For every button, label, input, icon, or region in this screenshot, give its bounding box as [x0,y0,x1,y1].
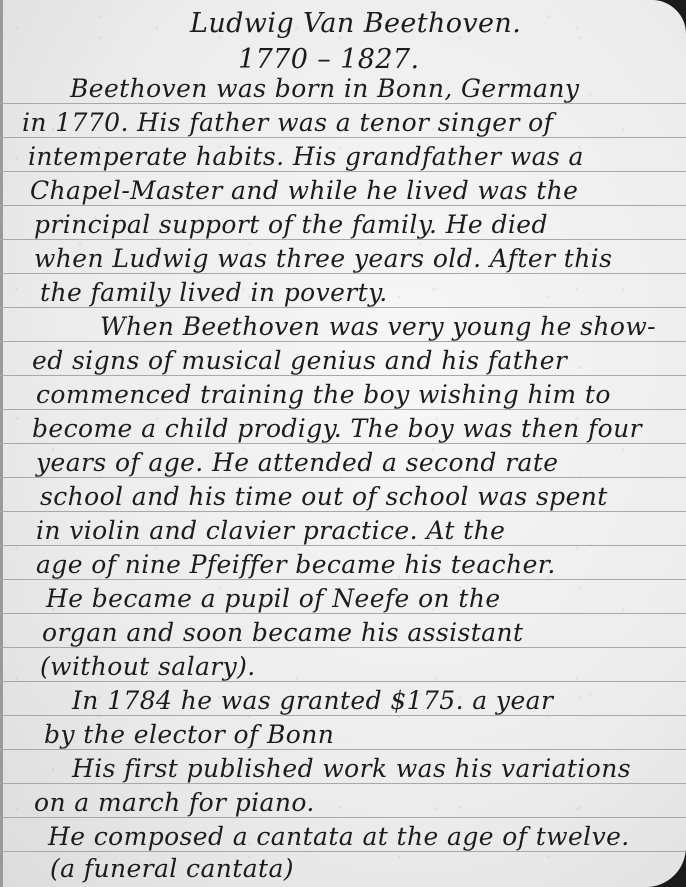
text-line: When Beethoven was very young he show- [100,312,656,341]
ruled-line [0,103,686,104]
text-line: by the elector of Bonn [44,720,334,749]
ruled-line [0,613,686,614]
ruled-line [0,205,686,206]
text-line: on a march for piano. [34,788,315,817]
ruled-line [0,375,686,376]
text-line: (without salary). [40,652,256,681]
text-line: He composed a cantata at the age of twel… [48,822,630,851]
ruled-line [0,715,686,716]
page-title: Ludwig Van Beethoven. [190,8,521,39]
ruled-line [0,681,686,682]
ruled-line [0,137,686,138]
text-line: age of nine Pfeiffer became his teacher. [36,550,556,579]
ruled-line [0,341,686,342]
text-line: (a funeral cantata) [50,854,294,883]
ruled-line [0,511,686,512]
ruled-line [0,273,686,274]
ruled-line [0,851,686,852]
ruled-line [0,443,686,444]
notebook-page: Ludwig Van Beethoven. 1770 – 1827. Beeth… [0,0,686,887]
ruled-line [0,579,686,580]
ruled-line [0,409,686,410]
ruled-line [0,171,686,172]
text-line: when Ludwig was three years old. After t… [34,244,612,273]
ruled-line [0,477,686,478]
text-line: ed signs of musical genius and his fathe… [32,346,567,375]
text-line: In 1784 he was granted $175. a year [72,686,553,715]
ruled-line [0,239,686,240]
text-line: Beethoven was born in Bonn, Germany [70,74,579,103]
page-dates: 1770 – 1827. [238,44,419,75]
text-line: organ and soon became his assistant [42,618,523,647]
ruled-line [0,783,686,784]
text-line: His first published work was his variati… [72,754,631,783]
text-line: intemperate habits. His grandfather was … [28,142,584,171]
text-line: become a child prodigy. The boy was then… [32,414,642,443]
text-line: in 1770. His father was a tenor singer o… [22,108,553,137]
ruled-line [0,749,686,750]
text-line: He became a pupil of Neefe on the [46,584,501,613]
ruled-line [0,307,686,308]
ruled-line [0,817,686,818]
text-line: in violin and clavier practice. At the [36,516,505,545]
ruled-line [0,545,686,546]
text-line: years of age. He attended a second rate [36,448,558,477]
text-line: principal support of the family. He died [34,210,548,239]
ruled-line [0,647,686,648]
text-line: Chapel-Master and while he lived was the [30,176,578,205]
text-line: commenced training the boy wishing him t… [36,380,611,409]
text-line: school and his time out of school was sp… [40,482,608,511]
text-line: the family lived in poverty. [40,278,388,307]
